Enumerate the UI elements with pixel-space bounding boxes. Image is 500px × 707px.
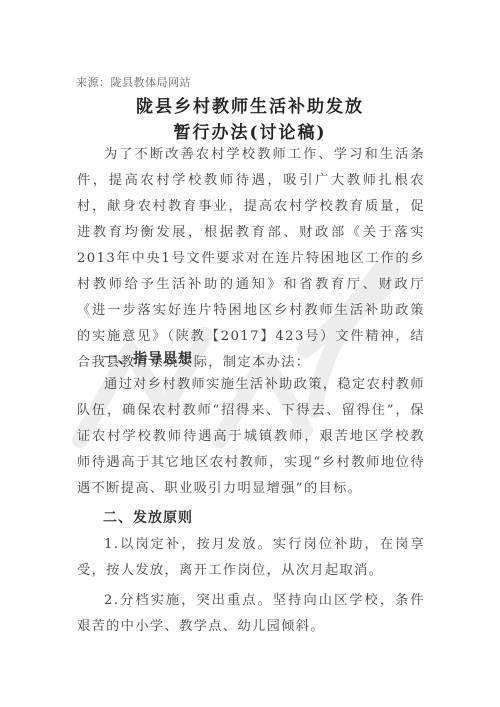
section2-paragraph-1: 1.以岗定补，按月发放。实行岗位补助，在岗享受，按人发放，离开工作岗位，从次月起… xyxy=(77,532,425,584)
section-heading-1: 一、指导思想 xyxy=(103,348,193,368)
section2-paragraph-2: 2.分档实施，突出重点。坚持向山区学校，条件艰苦的中小学、教学点、幼儿园倾斜。 xyxy=(77,588,425,640)
source-line: 来源：陇县教体局网站 xyxy=(76,74,191,90)
document-page: 来源：陇县教体局网站 陇县乡村教师生活补助发放 暂行办法(讨论稿) 为了不断改善… xyxy=(0,0,500,707)
document-title-line2: 暂行办法(讨论稿) xyxy=(0,118,500,143)
section-heading-2: 二、发放原则 xyxy=(103,507,193,527)
section1-paragraph: 通过对乡村教师实施生活补助政策，稳定农村教师队伍，确保农村教师“招得来、下得去、… xyxy=(77,372,425,502)
document-title-line1: 陇县乡村教师生活补助发放 xyxy=(0,92,500,117)
intro-paragraph: 为了不断改善农村学校教师工作、学习和生活条件，提高农村学校教师待遇，吸引广大教师… xyxy=(77,142,425,376)
